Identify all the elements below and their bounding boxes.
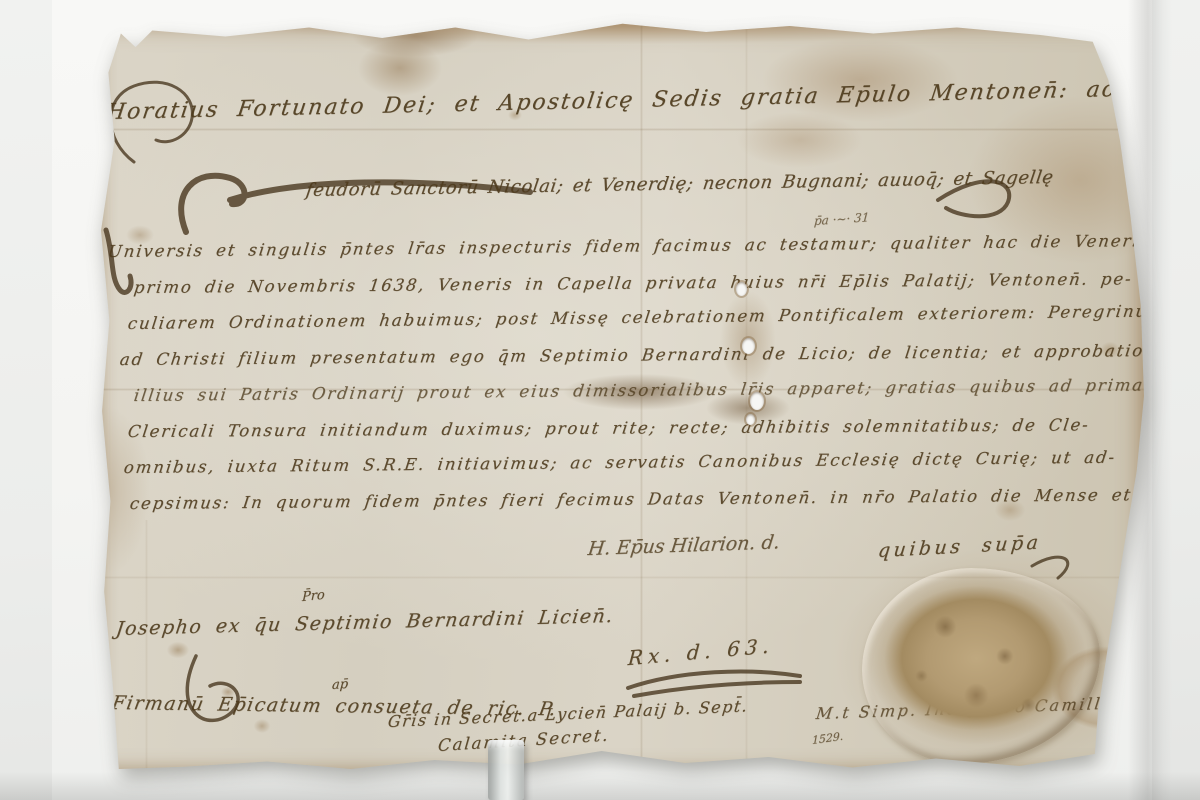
pro-annotation: P̄ro — [302, 588, 325, 606]
manuscript-paper-wrap: Horatius Fortunato Dei; et Apostolicę Se… — [100, 20, 1145, 772]
fee-annotation: Rx. d. 63. — [627, 633, 775, 670]
heading-line-1: Horatius Fortunato Dei; et Apostolicę Se… — [104, 75, 1200, 125]
body-line-7: omnibus, iuxta Ritum S.R.E. initiavimus;… — [123, 448, 1118, 477]
body-line-8: cepsimus: In quorum fidem p̄ntes fieri f… — [129, 485, 1196, 513]
paper-hole — [742, 338, 755, 354]
body-line-5: illius sui Patris Ordinarij prout ex eiu… — [133, 375, 1163, 405]
paper-hole — [750, 392, 764, 410]
body-line-1: Universis et singulis p̄ntes lr̄as inspe… — [107, 231, 1151, 261]
registration-number: 1529. — [812, 730, 843, 748]
heading-line-2: feudorū Sanctorū Nicolai; et Venerdię; n… — [305, 167, 1056, 201]
paper-hole — [736, 282, 747, 296]
photo-scene: { "manuscript": { "ink_color": "#4e3b1d"… — [0, 0, 1200, 800]
body-line-3: culiarem Ordinationem habuimus; post Mis… — [127, 300, 1200, 333]
signature-ordinand: Josepho ex q̄u Septimio Bernardini Licie… — [115, 605, 616, 640]
interline-note: p̄a ·~· 31 — [814, 210, 870, 228]
photo-background: Horatius Fortunato Dei; et Apostolicę Se… — [0, 0, 1200, 800]
acrylic-display-stand — [488, 740, 524, 800]
paper-hole — [746, 414, 755, 425]
body-line-2: primo die Novembris 1638, Veneris in Cap… — [133, 269, 1134, 297]
body-line-6: Clericali Tonsura initiandum duximus; pr… — [127, 415, 1091, 441]
dateline-quibus-supra: quibus sup̄a — [877, 531, 1043, 562]
dateline-issuer: H. Ep̄us Hilarion. d. — [587, 531, 781, 560]
shelf-front-shadow — [0, 772, 1200, 800]
manuscript-paper: Horatius Fortunato Dei; et Apostolicę Se… — [100, 20, 1145, 772]
ap-annotation: ap̄ — [331, 677, 348, 693]
body-line-4: ad Christi filium presentatum ego q̄m Se… — [119, 341, 1170, 369]
